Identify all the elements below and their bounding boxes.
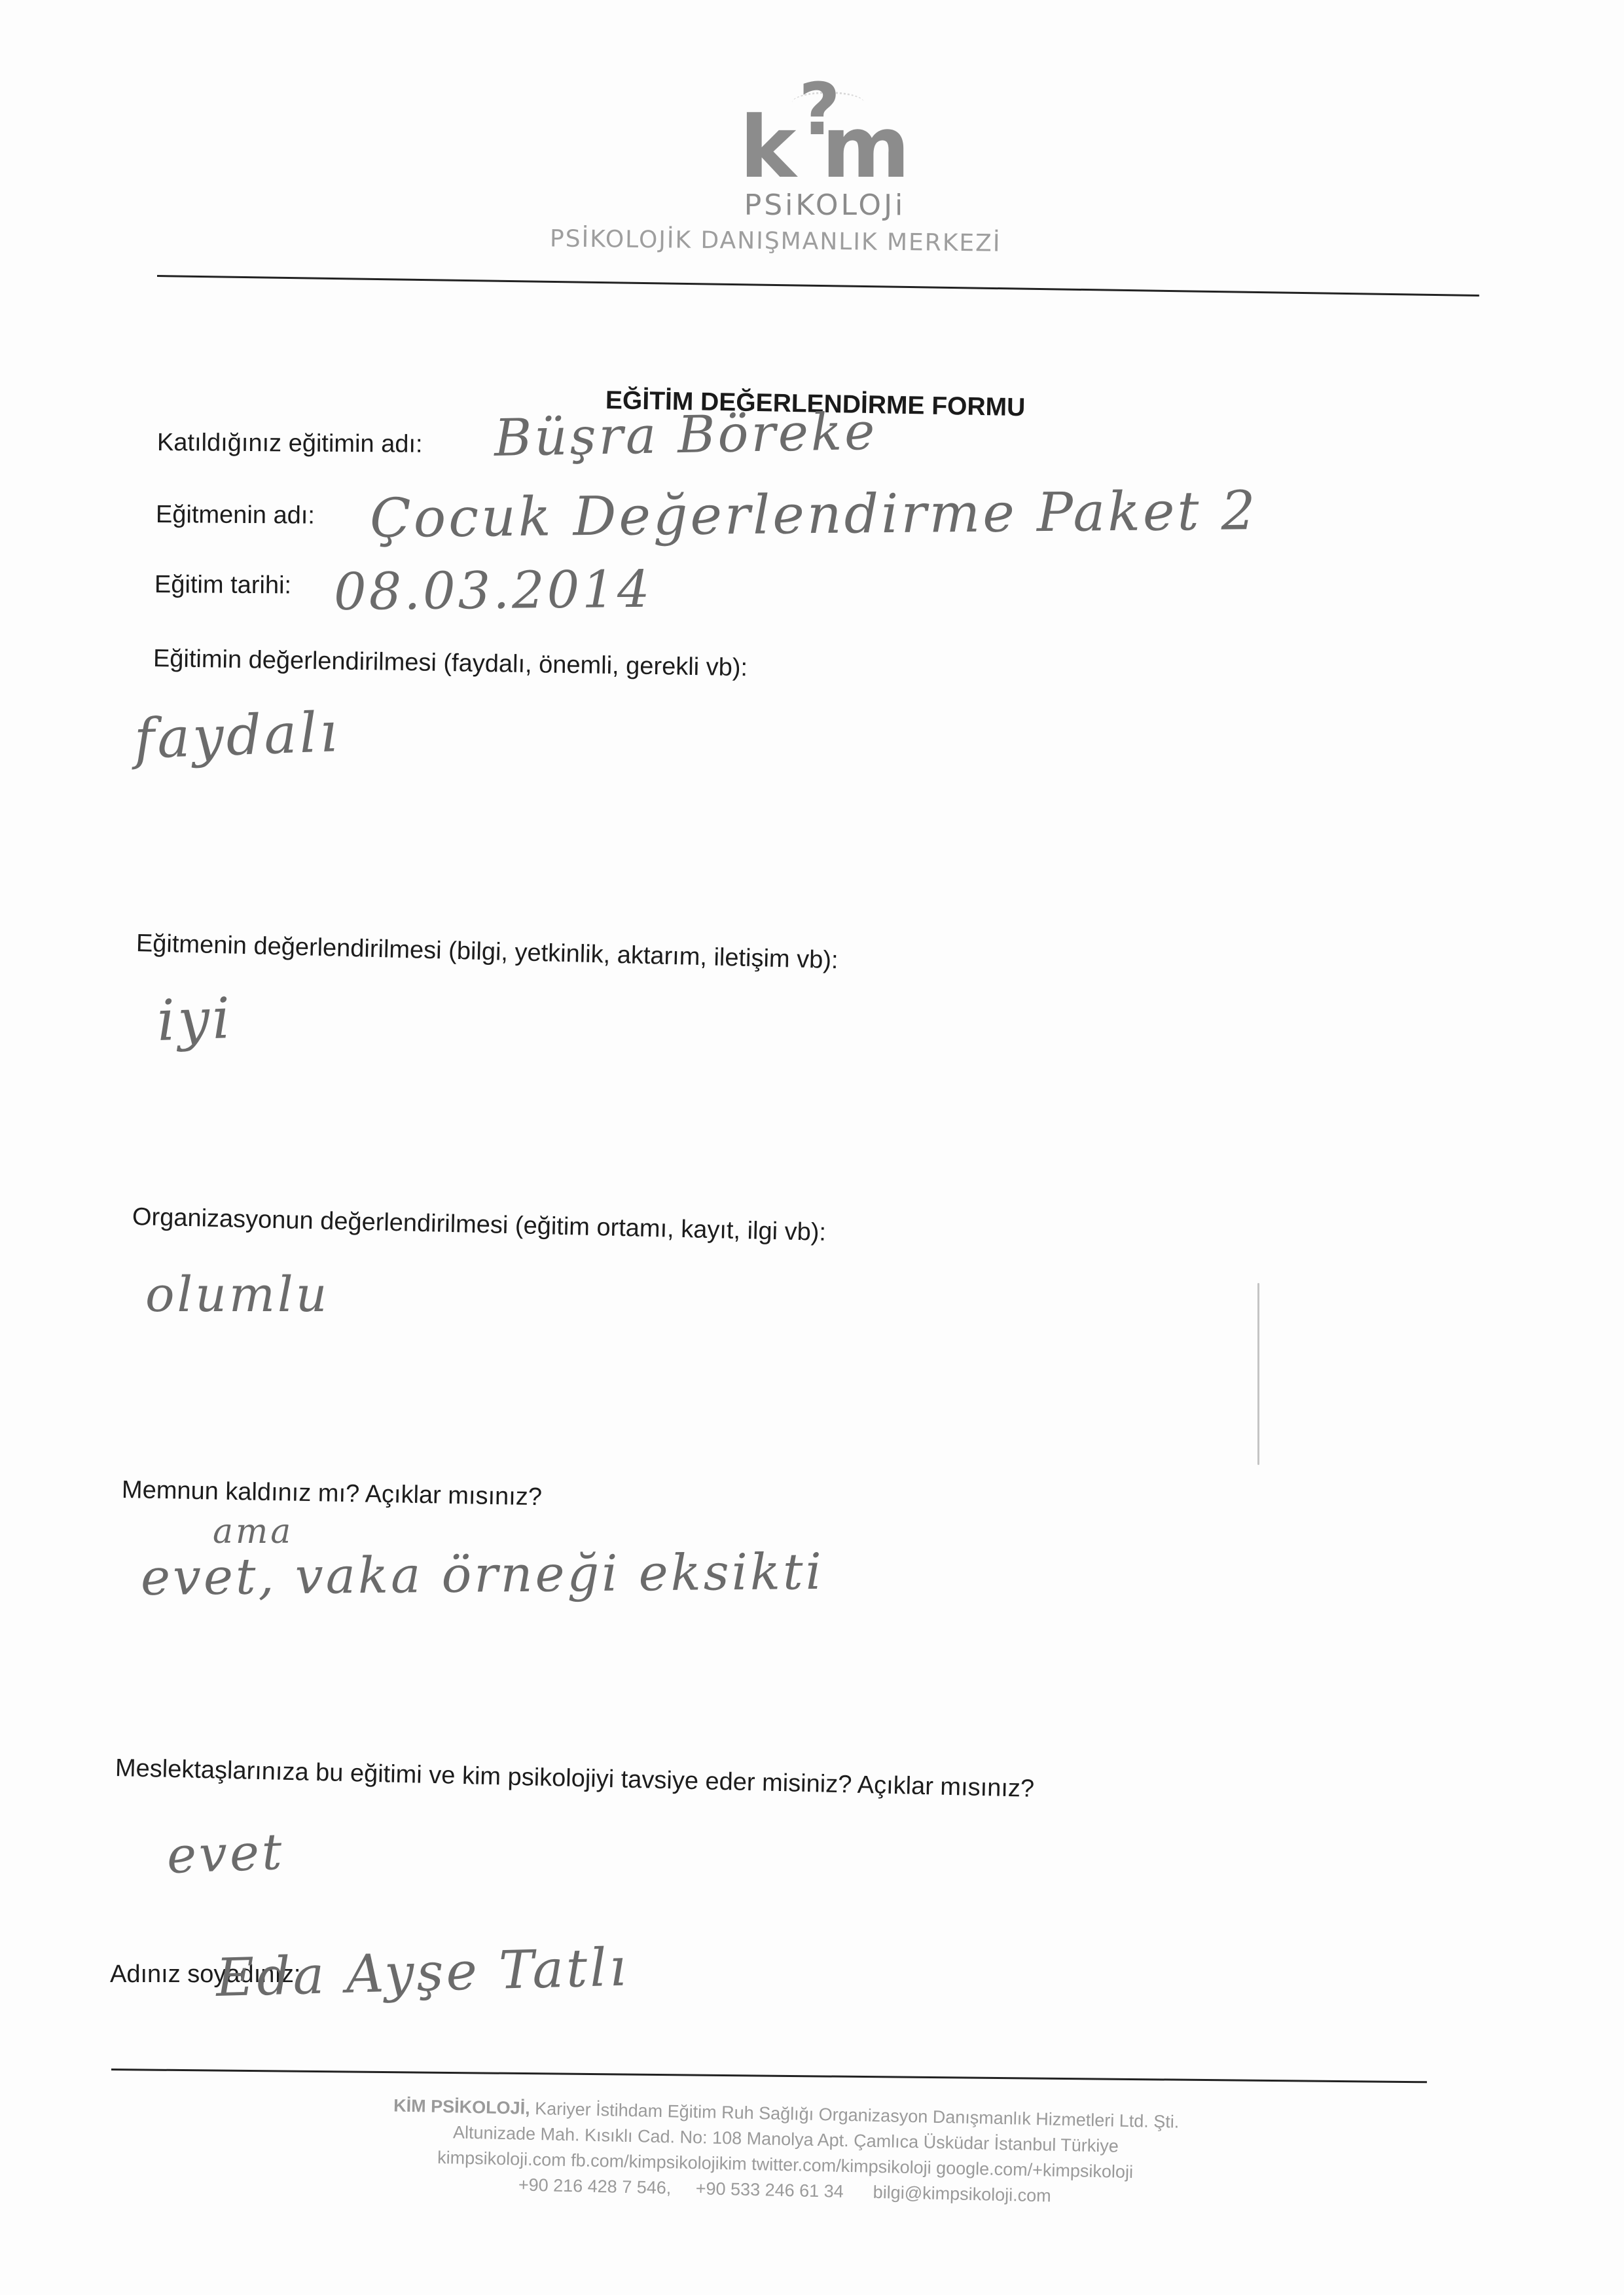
training-date-value: 08.03.2014 [334, 560, 653, 622]
question-organization-evaluation: Organizasyonun değerlendirilmesi (eğitim… [132, 1203, 827, 1247]
footer-email: bilgi@kimpsikoloji.com [873, 2182, 1051, 2206]
footer-phone-1: +90 216 428 7 546, [518, 2175, 672, 2197]
question-recommendation: Meslektaşlarınıza bu eğitimi ve kim psik… [115, 1754, 1035, 1803]
participant-name-value: Eda Ayşe Tatlı [215, 1937, 630, 2008]
footer-divider [111, 2069, 1427, 2083]
question-trainer-evaluation: Eğitmenin değerlendirilmesi (bilgi, yetk… [135, 930, 839, 975]
answer-recommendation: evet [166, 1822, 285, 1885]
training-date-label: Eğitim tarihi: [154, 571, 291, 600]
answer-trainer-evaluation: iyi [156, 986, 234, 1054]
answer-organization-evaluation: olumlu [145, 1267, 329, 1323]
margin-mark [1257, 1283, 1259, 1465]
logo-mark: k ? m [687, 79, 962, 183]
logo-letter-k: k [740, 105, 796, 190]
logo-name: PSiKOLOJi [687, 189, 962, 222]
answer-satisfaction-insert: ama [213, 1512, 293, 1551]
training-name-value: Büşra Böreke [494, 403, 878, 468]
footer: KİM PSİKOLOJİ, Kariyer İstihdam Eğitim R… [261, 2090, 1310, 2214]
scanned-form-page: k ? m PSiKOLOJi PSİKOLOJİK DANIŞMANLIK M… [0, 0, 1624, 2295]
question-satisfaction: Memnun kaldınız mı? Açıklar mısınız? [122, 1476, 543, 1511]
footer-phone-2: +90 533 246 61 34 [696, 2178, 844, 2201]
question-training-evaluation: Eğitimin değerlendirilmesi (faydalı, öne… [153, 645, 748, 682]
header-divider [157, 275, 1479, 297]
kim-psikoloji-logo: k ? m PSiKOLOJi [687, 79, 962, 249]
footer-company-prefix: KİM PSİKOLOJİ, [393, 2095, 530, 2118]
logo-letter-m: m [821, 105, 910, 190]
training-name-label: Katıldığınız eğitimin adı: [157, 429, 423, 459]
trainer-name-label: Eğitmenin adı: [156, 501, 315, 530]
answer-satisfaction: evet, vaka örneği eksikti [141, 1542, 825, 1606]
trainer-name-value: Çocuk Değerlendirme Paket 2 [370, 480, 1258, 550]
logo-tagline: PSİKOLOJİK DANIŞMANLIK MERKEZİ [550, 225, 1001, 257]
answer-training-evaluation: faydalı [133, 700, 340, 771]
